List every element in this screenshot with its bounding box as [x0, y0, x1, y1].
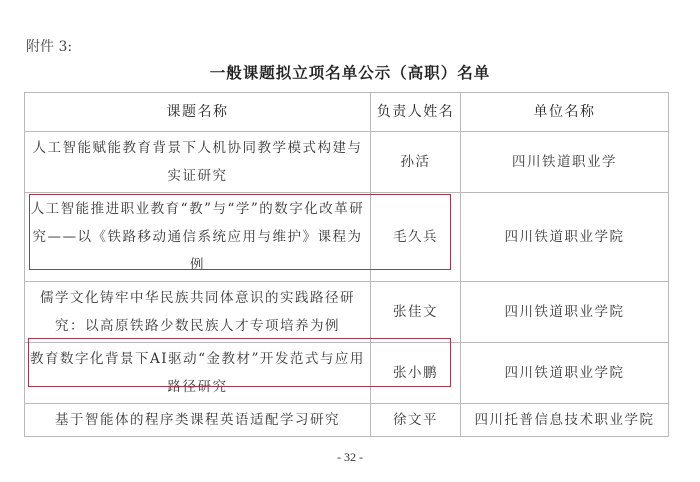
- table-row: 儒学文化铸牢中华民族共同体意识的实践路径研究：以高原铁路少数民族人才专项培养为例…: [25, 282, 669, 343]
- topic-cell: 基于智能体的程序类课程英语适配学习研究: [25, 404, 371, 437]
- unit-cell: 四川铁道职业学: [461, 132, 669, 193]
- header-unit: 单位名称: [461, 93, 669, 132]
- unit-cell: 四川铁道职业学院: [461, 193, 669, 282]
- unit-cell: 四川铁道职业学院: [461, 282, 669, 343]
- unit-cell: 四川铁道职业学院: [461, 343, 669, 404]
- header-topic: 课题名称: [25, 93, 371, 132]
- table-row: 基于智能体的程序类课程英语适配学习研究 徐文平 四川托普信息技术职业学院: [25, 404, 669, 437]
- leader-cell: 孙活: [371, 132, 461, 193]
- unit-cell: 四川托普信息技术职业学院: [461, 404, 669, 437]
- table-header-row: 课题名称 负责人姓名 单位名称: [25, 93, 669, 132]
- table-row: 人工智能推进职业教育“教”与“学”的数字化改革研究——以《铁路移动通信系统应用与…: [25, 193, 669, 282]
- attachment-label: 附件 3:: [26, 36, 72, 56]
- leader-cell: 张佳文: [371, 282, 461, 343]
- leader-cell: 张小鹏: [371, 343, 461, 404]
- leader-cell: 毛久兵: [371, 193, 461, 282]
- topic-cell: 人工智能赋能教育背景下人机协同教学模式构建与实证研究: [25, 132, 371, 193]
- page-number: - 32 -: [0, 450, 700, 465]
- topic-cell: 儒学文化铸牢中华民族共同体意识的实践路径研究：以高原铁路少数民族人才专项培养为例: [25, 282, 371, 343]
- topic-cell: 教育数字化背景下AI驱动“金教材”开发范式与应用路径研究: [25, 343, 371, 404]
- topic-cell: 人工智能推进职业教育“教”与“学”的数字化改革研究——以《铁路移动通信系统应用与…: [25, 193, 371, 282]
- leader-cell: 徐文平: [371, 404, 461, 437]
- document-title: 一般课题拟立项名单公示（高职）名单: [0, 61, 700, 83]
- table-row: 人工智能赋能教育背景下人机协同教学模式构建与实证研究 孙活 四川铁道职业学: [25, 132, 669, 193]
- table-row: 教育数字化背景下AI驱动“金教材”开发范式与应用路径研究 张小鹏 四川铁道职业学…: [25, 343, 669, 404]
- header-leader: 负责人姓名: [371, 93, 461, 132]
- project-list-table: 课题名称 负责人姓名 单位名称 人工智能赋能教育背景下人机协同教学模式构建与实证…: [24, 92, 669, 437]
